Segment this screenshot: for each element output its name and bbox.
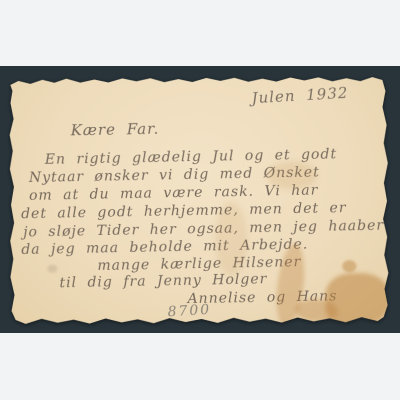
- paper-stain: [47, 265, 57, 273]
- coffee-stain: [342, 260, 356, 272]
- postcard-wrapper: Julen 1932 Kære Far. En rigtig glædelig …: [8, 75, 388, 325]
- photo-mat: Julen 1932 Kære Far. En rigtig glædelig …: [0, 66, 400, 333]
- closing-line: til dig fra Jenny Holger: [59, 271, 267, 291]
- closing-line: mange kærlige Hilsener: [97, 254, 301, 274]
- postcard: Julen 1932 Kære Far. En rigtig glædelig …: [8, 75, 388, 325]
- date-line: Julen 1932: [251, 85, 349, 107]
- salutation: Kære Far.: [70, 121, 159, 139]
- postal-code-pencil: 8700: [167, 302, 211, 320]
